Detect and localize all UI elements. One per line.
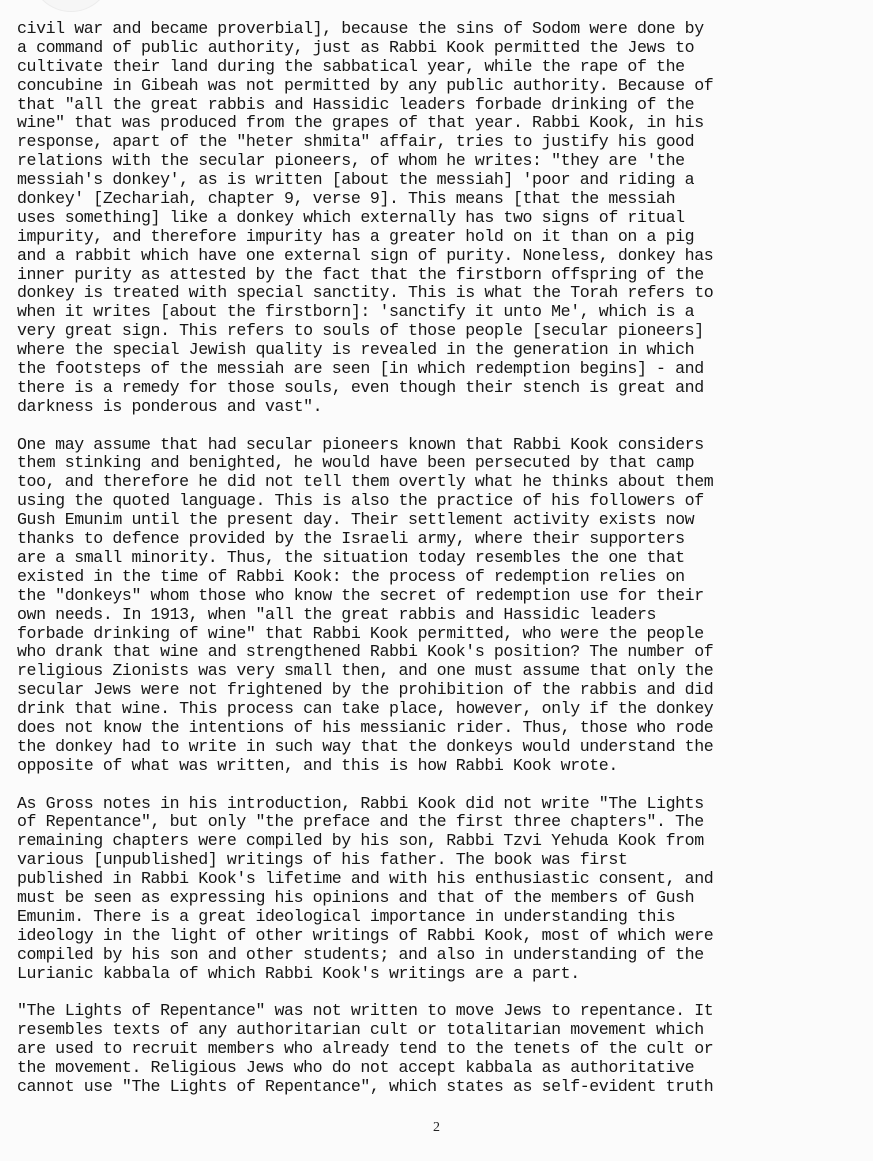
text-line: existed in the time of Rabbi Kook: the p… — [17, 568, 867, 587]
text-line: impurity, and therefore impurity has a g… — [17, 228, 867, 247]
text-line: own needs. In 1913, when "all the great … — [17, 606, 867, 625]
paragraph-1: civil war and became proverbial], becaus… — [17, 20, 867, 417]
text-line: donkey' [Zechariah, chapter 9, verse 9].… — [17, 190, 867, 209]
text-line: religious Zionists was very small then, … — [17, 662, 867, 681]
text-line: cannot use "The Lights of Repentance", w… — [17, 1078, 867, 1097]
text-line: that "all the great rabbis and Hassidic … — [17, 96, 867, 115]
document-body: civil war and became proverbial], becaus… — [17, 20, 867, 1116]
text-line: concubine in Gibeah was not permitted by… — [17, 77, 867, 96]
text-line: darkness is ponderous and vast". — [17, 398, 867, 417]
text-line: As Gross notes in his introduction, Rabb… — [17, 795, 867, 814]
text-line: uses something] like a donkey which exte… — [17, 209, 867, 228]
text-line: them stinking and benighted, he would ha… — [17, 454, 867, 473]
text-line: and a rabbit which have one external sig… — [17, 247, 867, 266]
text-line: various [unpublished] writings of his fa… — [17, 851, 867, 870]
text-line: very great sign. This refers to souls of… — [17, 322, 867, 341]
text-line: compiled by his son and other students; … — [17, 946, 867, 965]
text-line: civil war and became proverbial], becaus… — [17, 20, 867, 39]
text-line: are a small minority. Thus, the situatio… — [17, 549, 867, 568]
text-line: published in Rabbi Kook's lifetime and w… — [17, 870, 867, 889]
paragraph-4: "The Lights of Repentance" was not writt… — [17, 1002, 867, 1096]
text-line: Lurianic kabbala of which Rabbi Kook's w… — [17, 965, 867, 984]
text-line: opposite of what was written, and this i… — [17, 757, 867, 776]
text-line: ideology in the light of other writings … — [17, 927, 867, 946]
text-line: a command of public authority, just as R… — [17, 39, 867, 58]
paragraph-3: As Gross notes in his introduction, Rabb… — [17, 795, 867, 984]
text-line: the movement. Religious Jews who do not … — [17, 1059, 867, 1078]
text-line: the donkey had to write in such way that… — [17, 738, 867, 757]
text-line: resembles texts of any authoritarian cul… — [17, 1021, 867, 1040]
text-line: response, apart of the "heter shmita" af… — [17, 133, 867, 152]
text-line: Emunim. There is a great ideological imp… — [17, 908, 867, 927]
text-line: of Repentance", but only "the preface an… — [17, 813, 867, 832]
text-line: does not know the intentions of his mess… — [17, 719, 867, 738]
document-page: civil war and became proverbial], becaus… — [0, 0, 873, 1161]
text-line: using the quoted language. This is also … — [17, 492, 867, 511]
text-line: who drank that wine and strengthened Rab… — [17, 643, 867, 662]
text-line: messiah's donkey', as is written [about … — [17, 171, 867, 190]
page-number: 2 — [0, 1120, 873, 1136]
text-line: thanks to defence provided by the Israel… — [17, 530, 867, 549]
text-line: remaining chapters were compiled by his … — [17, 832, 867, 851]
text-line: Gush Emunim until the present day. Their… — [17, 511, 867, 530]
text-line: where the special Jewish quality is reve… — [17, 341, 867, 360]
text-line: inner purity as attested by the fact tha… — [17, 266, 867, 285]
text-line: forbade drinking of wine" that Rabbi Koo… — [17, 625, 867, 644]
text-line: the footsteps of the messiah are seen [i… — [17, 360, 867, 379]
text-line: donkey is treated with special sanctity.… — [17, 284, 867, 303]
text-line: the "donkeys" whom those who know the se… — [17, 587, 867, 606]
text-line: when it writes [about the firstborn]: 's… — [17, 303, 867, 322]
punch-hole-mark — [30, 0, 112, 12]
paragraph-2: One may assume that had secular pioneers… — [17, 436, 867, 776]
text-line: wine" that was produced from the grapes … — [17, 114, 867, 133]
text-line: too, and therefore he did not tell them … — [17, 473, 867, 492]
text-line: relations with the secular pioneers, of … — [17, 152, 867, 171]
text-line: One may assume that had secular pioneers… — [17, 436, 867, 455]
text-line: secular Jews were not frightened by the … — [17, 681, 867, 700]
text-line: are used to recruit members who already … — [17, 1040, 867, 1059]
text-line: must be seen as expressing his opinions … — [17, 889, 867, 908]
text-line: drink that wine. This process can take p… — [17, 700, 867, 719]
text-line: cultivate their land during the sabbatic… — [17, 58, 867, 77]
text-line: "The Lights of Repentance" was not writt… — [17, 1002, 867, 1021]
text-line: there is a remedy for those souls, even … — [17, 379, 867, 398]
